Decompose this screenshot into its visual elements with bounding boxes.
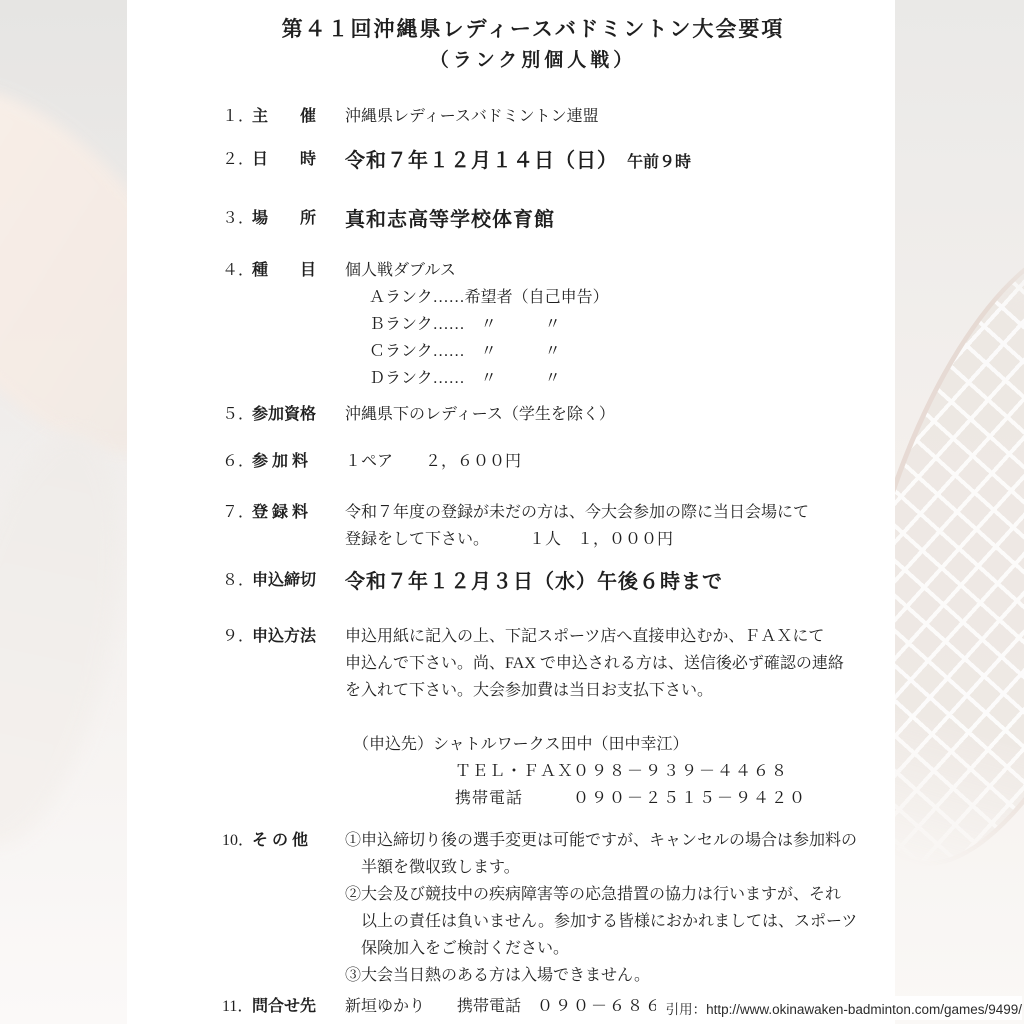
item-text-line: ②大会及び競技中の疾病障害等の応急措置の協力は行いますが、それ xyxy=(345,881,895,908)
text-segment: ②大会及び競技中の疾病障害等の応急措置の協力は行いますが、それ xyxy=(345,886,841,903)
item-text-line: 個人戦ダブルス xyxy=(345,257,895,284)
item-number: ８． xyxy=(222,567,252,599)
notice-item: １．主 催沖縄県レディースバドミントン連盟 xyxy=(127,103,895,130)
notice-item: ２．日 時令和７年１２月１４日（日）午前９時 xyxy=(127,146,895,178)
contact-phone-number: ０９８－９３９－４４６８ xyxy=(573,758,789,785)
contact-phone-label: ＴＥＬ・ＦＡＸ xyxy=(455,758,573,785)
background-left-player-arm-photo xyxy=(0,0,127,1024)
item-number: ７． xyxy=(222,499,252,553)
item-text-line: 申込用紙に記入の上、下記スポーツ店へ直接申込むか、ＦＡＸにて xyxy=(345,623,895,650)
item-label: 申込方法 xyxy=(252,623,345,704)
text-segment: 半額を徴収致します。 xyxy=(361,859,520,876)
item-text-line: Ｂランク…… 〃 〃 xyxy=(369,311,895,338)
item-text-line: Ａランク……希望者（自己申告） xyxy=(369,284,895,311)
item-content: 令和７年１２月３日（水）午後６時まで xyxy=(345,567,895,599)
item-number: 11． xyxy=(222,993,252,1020)
item-label: 問合せ先 xyxy=(252,993,345,1020)
contact-phone-row: ＴＥＬ・ＦＡＸ０９８－９３９－４４６８ xyxy=(353,758,895,785)
item-text-line: Ｄランク…… 〃 〃 xyxy=(369,365,895,392)
item-text-line: 半額を徴収致します。 xyxy=(361,854,895,881)
item-text-line: 令和７年１２月３日（水）午後６時まで xyxy=(345,567,895,599)
item-number: １． xyxy=(222,103,252,130)
item-number: 10． xyxy=(222,827,252,989)
item-content: 真和志高等学校体育館 xyxy=(345,205,895,237)
text-segment: 以上の責任は負いません。参加する皆様におかれましては、スポーツ xyxy=(361,913,857,930)
item-label: 主 催 xyxy=(252,103,345,130)
item-text-line: Ｃランク…… 〃 〃 xyxy=(369,338,895,365)
item-label: 申込締切 xyxy=(252,567,345,599)
item-label: 場 所 xyxy=(252,205,345,237)
text-segment: 個人戦ダブルス xyxy=(345,262,456,279)
notice-item: ７．登 録 料令和７年度の登録が未だの方は、今大会参加の際に当日会場にて登録をし… xyxy=(127,499,895,553)
text-segment: 沖縄県レディースバドミントン連盟 xyxy=(345,108,599,125)
text-segment: 申込んで下さい。尚、FAX で申込される方は、送信後必ず確認の連絡 xyxy=(345,655,844,672)
text-segment: ①申込締切り後の選手変更は可能ですが、キャンセルの場合は参加料の xyxy=(345,832,857,849)
text-segment: 令和７年度の登録が未だの方は、今大会参加の際に当日会場にて xyxy=(345,504,809,521)
contact-recipient: （申込先）シャトルワークス田中（田中幸江） xyxy=(353,731,895,758)
item-number: ２． xyxy=(222,146,252,178)
notice-item: ９．申込方法申込用紙に記入の上、下記スポーツ店へ直接申込むか、ＦＡＸにて申込んで… xyxy=(127,623,895,704)
text-segment: Ａランク……希望者（自己申告） xyxy=(369,289,609,306)
background-right-racket-photo xyxy=(895,0,1024,1024)
notice-item-list: １．主 催沖縄県レディースバドミントン連盟２．日 時令和７年１２月１４日（日）午… xyxy=(127,103,895,1020)
notice-item: ４．種 目個人戦ダブルスＡランク……希望者（自己申告）Ｂランク…… 〃 〃Ｃラン… xyxy=(127,257,895,392)
application-contact-block: （申込先）シャトルワークス田中（田中幸江）ＴＥＬ・ＦＡＸ０９８－９３９－４４６８… xyxy=(127,731,895,812)
notice-item: ８．申込締切令和７年１２月３日（水）午後６時まで xyxy=(127,567,895,599)
text-segment: 申込用紙に記入の上、下記スポーツ店へ直接申込むか、ＦＡＸにて xyxy=(345,628,824,645)
item-label: 種 目 xyxy=(252,257,345,392)
item-text-line: 以上の責任は負いません。参加する皆様におかれましては、スポーツ xyxy=(361,908,895,935)
text-segment: 令和７年１２月３日（水）午後６時まで xyxy=(345,571,723,593)
item-content: 令和７年１２月１４日（日）午前９時 xyxy=(345,146,895,178)
text-segment: を入れて下さい。大会参加費は当日お支払下さい。 xyxy=(345,682,713,699)
document-subtitle: （ランク別個人戦） xyxy=(127,48,895,74)
contact-phone-label: 携帯電話 xyxy=(455,785,573,812)
text-segment: Ｃランク…… 〃 〃 xyxy=(369,343,561,360)
item-content: 申込用紙に記入の上、下記スポーツ店へ直接申込むか、ＦＡＸにて申込んで下さい。尚、… xyxy=(345,623,895,704)
text-segment: 登録をして下さい。 １人 １，０００円 xyxy=(345,531,673,548)
text-segment: １ペア ２，６００円 xyxy=(345,453,521,470)
item-number: ９． xyxy=(222,623,252,704)
item-text-line: 沖縄県下のレディース（学生を除く） xyxy=(345,401,895,428)
item-text-line: 保険加入をご検討ください。 xyxy=(361,935,895,962)
item-label: 日 時 xyxy=(252,146,345,178)
text-segment: 保険加入をご検討ください。 xyxy=(361,940,569,957)
item-text-line: 真和志高等学校体育館 xyxy=(345,205,895,237)
contact-phone-row: 携帯電話０９０－２５１５－９４２０ xyxy=(353,785,895,812)
notice-item: ５．参加資格沖縄県下のレディース（学生を除く） xyxy=(127,401,895,428)
text-segment: 午前９時 xyxy=(627,154,691,171)
text-segment: 真和志高等学校体育館 xyxy=(345,209,555,231)
item-content: ①申込締切り後の選手変更は可能ですが、キャンセルの場合は参加料の半額を徴収致しま… xyxy=(345,827,895,989)
item-number: ５． xyxy=(222,401,252,428)
item-number: ４． xyxy=(222,257,252,392)
badminton-racket-icon xyxy=(895,204,1024,902)
item-label: 参加資格 xyxy=(252,401,345,428)
item-text-line: 申込んで下さい。尚、FAX で申込される方は、送信後必ず確認の連絡 xyxy=(345,650,895,677)
text-segment: Ｂランク…… 〃 〃 xyxy=(369,316,561,333)
item-label: 登 録 料 xyxy=(252,499,345,553)
text-segment: 新垣ゆかり 携帯電話 xyxy=(345,998,537,1015)
tournament-notice-document: 第４１回沖縄県レディースバドミントン大会要項 （ランク別個人戦） １．主 催沖縄… xyxy=(127,0,895,1024)
item-label: 参 加 料 xyxy=(252,448,345,475)
item-number: ６． xyxy=(222,448,252,475)
contact-phone-number: ０９０－２５１５－９４２０ xyxy=(573,785,807,812)
item-text-line: 令和７年度の登録が未だの方は、今大会参加の際に当日会場にて xyxy=(345,499,895,526)
arm-shadow-shape xyxy=(0,419,127,861)
item-content: 沖縄県下のレディース（学生を除く） xyxy=(345,401,895,428)
item-text-line: 登録をして下さい。 １人 １，０００円 xyxy=(345,526,895,553)
item-text-line: ③大会当日熱のある方は入場できません。 xyxy=(345,962,895,989)
item-content: 個人戦ダブルスＡランク……希望者（自己申告）Ｂランク…… 〃 〃Ｃランク…… 〃… xyxy=(345,257,895,392)
notice-item: ３．場 所真和志高等学校体育館 xyxy=(127,205,895,237)
item-content: １ペア ２，６００円 xyxy=(345,448,895,475)
text-segment: 令和７年１２月１４日（日） xyxy=(345,150,618,172)
item-text-line: ①申込締切り後の選手変更は可能ですが、キャンセルの場合は参加料の xyxy=(345,827,895,854)
item-number: ３． xyxy=(222,205,252,237)
screenshot-canvas: 第４１回沖縄県レディースバドミントン大会要項 （ランク別個人戦） １．主 催沖縄… xyxy=(0,0,1024,1024)
item-text-line: 令和７年１２月１４日（日）午前９時 xyxy=(345,146,895,178)
item-content: 令和７年度の登録が未だの方は、今大会参加の際に当日会場にて登録をして下さい。 １… xyxy=(345,499,895,553)
notice-item: ６．参 加 料１ペア ２，６００円 xyxy=(127,448,895,475)
document-title: 第４１回沖縄県レディースバドミントン大会要項 xyxy=(127,16,895,44)
item-text-line: １ペア ２，６００円 xyxy=(345,448,895,475)
source-citation: 引用：http://www.okinawaken-badminton.com/g… xyxy=(656,996,1022,1020)
item-text-line: を入れて下さい。大会参加費は当日お支払下さい。 xyxy=(345,677,895,704)
item-label: そ の 他 xyxy=(252,827,345,989)
notice-item: 10．そ の 他①申込締切り後の選手変更は可能ですが、キャンセルの場合は参加料の… xyxy=(127,827,895,989)
item-content: 沖縄県レディースバドミントン連盟 xyxy=(345,103,895,130)
item-text-line: 沖縄県レディースバドミントン連盟 xyxy=(345,103,895,130)
text-segment: Ｄランク…… 〃 〃 xyxy=(369,370,561,387)
text-segment: 沖縄県下のレディース（学生を除く） xyxy=(345,406,615,423)
text-segment: ③大会当日熱のある方は入場できません。 xyxy=(345,967,650,984)
